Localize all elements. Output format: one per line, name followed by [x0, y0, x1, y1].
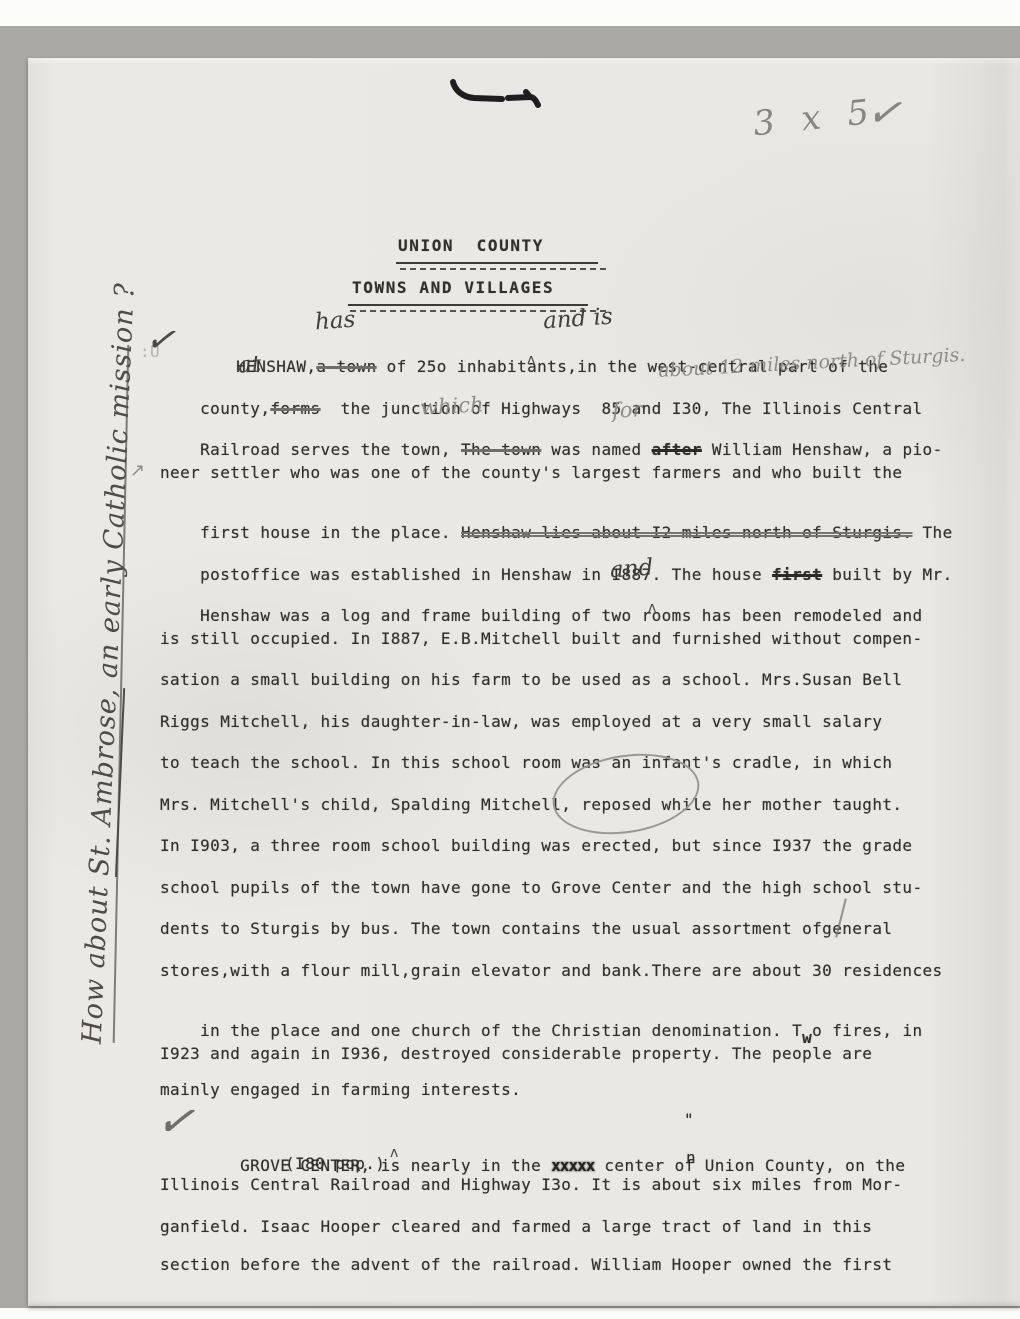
pencil-note-3x5: 3 x 5	[751, 92, 879, 145]
typed-line: In I903, a three room school building wa…	[160, 836, 912, 855]
typed-text: center of Union County, on the	[594, 1156, 905, 1175]
typed-text: in the place and one church of the Chris…	[200, 1021, 802, 1040]
typed-line: to teach the school. In this school room…	[160, 753, 892, 772]
margin-note-text: an early Catholic mission ?	[92, 282, 141, 689]
typed-text: county,	[200, 399, 270, 418]
typed-text: has been remodeled and	[692, 606, 923, 625]
typed-line: mainly engaged in farming interests.	[160, 1080, 521, 1099]
typed-line: Illinois Central Railroad and Highway I3…	[160, 1175, 902, 1194]
subtitle-underline	[348, 304, 588, 306]
handwritten-at: at	[237, 351, 262, 379]
typed-insert-population: (I80 pop.)	[285, 1154, 385, 1173]
typed-line: neer settler who was one of the county's…	[160, 463, 902, 482]
struck-text: a town	[316, 357, 376, 376]
struck-text: first	[772, 565, 822, 584]
handwritten-and-is: and is	[542, 304, 613, 335]
struck-text: forms	[270, 399, 320, 418]
typed-text: postoffice was established in Henshaw in…	[200, 565, 772, 584]
insert-caret: ʌ	[527, 352, 535, 368]
title-underline-dashed	[400, 268, 606, 270]
struck-text: The town	[461, 440, 541, 459]
typed-line: school pupils of the town have gone to G…	[160, 878, 923, 897]
struck-text: after	[652, 440, 702, 459]
typed-text: o fires, in	[812, 1021, 922, 1040]
typed-line: is still occupied. In I887, E.B.Mitchell…	[160, 629, 923, 648]
typed-line: I923 and again in I936, destroyed consid…	[160, 1044, 872, 1063]
typed-text: William Henshaw, a pio-	[702, 440, 943, 459]
typed-text: first house in the place.	[200, 523, 461, 542]
typed-line: ganfield. Isaac Hooper cleared and farme…	[160, 1217, 872, 1236]
page-subtitle: TOWNS AND VILLAGES	[352, 278, 554, 297]
typed-quote-mark: "	[684, 1110, 694, 1129]
insert-caret: ʌ	[390, 1145, 398, 1161]
typed-line: section before the advent of the railroa…	[160, 1255, 892, 1274]
typed-text: The	[912, 523, 952, 542]
typed-line: Mrs. Mitchell's child, Spalding Mitchell…	[160, 795, 902, 814]
ink-scribble-mark	[446, 78, 546, 112]
typed-text: built by Mr.	[822, 565, 952, 584]
typed-line: Riggs Mitchell, his daughter-in-law, was…	[160, 712, 882, 731]
struck-text: Henshaw lies about I2 miles north of Stu…	[461, 523, 912, 542]
pencil-dash-it: -	[654, 1158, 661, 1179]
page-title: UNION COUNTY	[398, 236, 544, 255]
title-underline	[396, 262, 598, 264]
typed-text: was named	[541, 440, 651, 459]
handwritten-which: which	[419, 392, 484, 419]
typed-line: stores,with a flour mill,grain elevator …	[160, 961, 943, 980]
typed-n-below: n	[686, 1148, 696, 1167]
typed-line: sation a small building on his farm to b…	[160, 670, 902, 689]
margin-note-handwritten: How about St. Ambrose, an early Catholic…	[44, 301, 171, 1084]
handwritten-has: has	[314, 307, 356, 336]
scanned-document: { "titles": { "t1": "UNION COUNTY", "t2"…	[0, 0, 1020, 1319]
margin-note-underlined: St. Ambrose,	[84, 687, 125, 877]
typed-line: dents to Sturgis by bus. The town contai…	[160, 919, 892, 938]
insert-caret: ʌ	[648, 600, 656, 616]
typed-text: Railroad serves the town,	[200, 440, 461, 459]
handwritten-for: for	[611, 397, 643, 423]
typed-text: Henshaw was a log and frame building of …	[200, 606, 692, 625]
handwritten-and: and	[609, 555, 654, 584]
blotted-text: xxxxx	[551, 1156, 594, 1175]
document-page: 3 x 5 ✓ UNION COUNTY TOWNS AND VILLAGES …	[28, 58, 1020, 1306]
margin-note-text: How about	[77, 875, 115, 1044]
